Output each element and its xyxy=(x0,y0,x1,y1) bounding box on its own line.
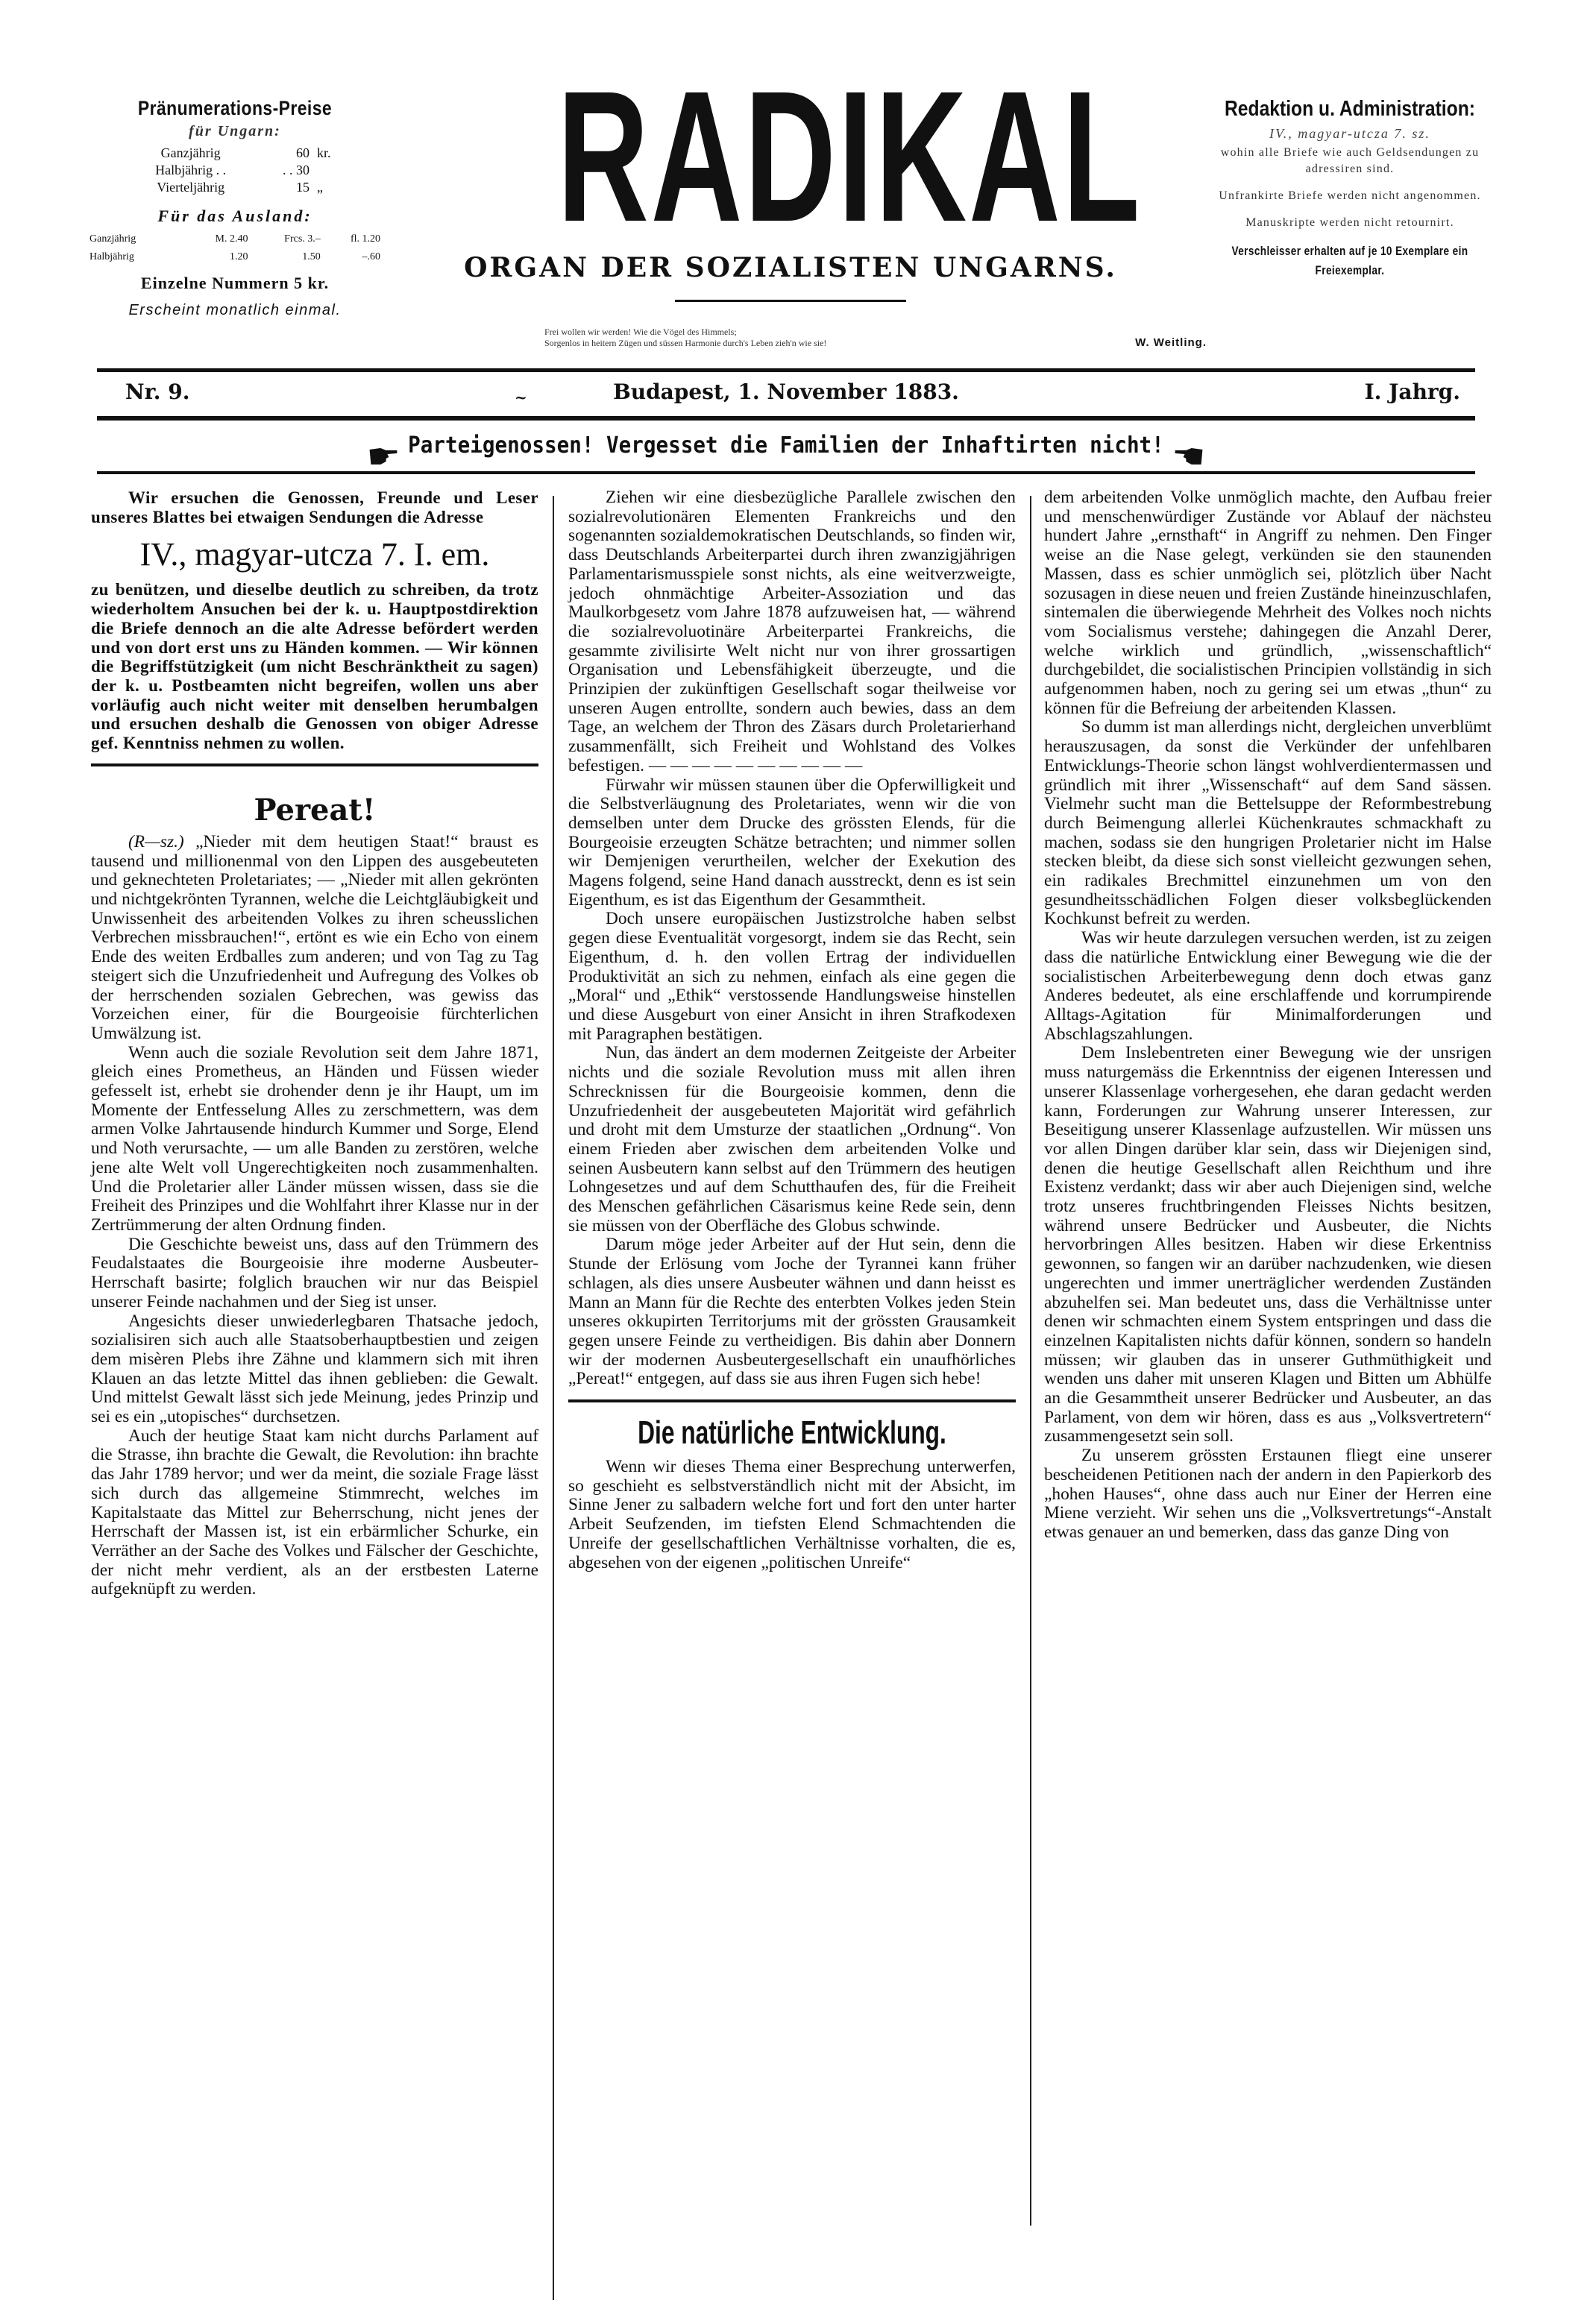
column-2: Ziehen wir eine diesbezügliche Parallele… xyxy=(568,488,1016,1572)
issue-line: Nr. 9. ~ Budapest, 1. November 1883. I. … xyxy=(97,377,1475,414)
price-value: . . 30 xyxy=(258,162,310,179)
article-paragraph: Fürwahr wir müssen staunen über die Opfe… xyxy=(568,776,1016,910)
column-divider xyxy=(553,496,554,2300)
article-author: (R—sz.) xyxy=(128,832,184,851)
article-paragraph: Doch unsere europäischen Justizstrolche … xyxy=(568,910,1016,1044)
title-divider xyxy=(675,300,906,302)
article-paragraph: Darum möge jeder Arbeiter auf der Hut se… xyxy=(568,1235,1016,1389)
price-row: Ganzjährig 60 kr. xyxy=(123,145,347,162)
abroad-label: Für das Ausland: xyxy=(89,207,380,226)
price-unit: „ xyxy=(310,179,347,196)
motto-author: W. Weitling. xyxy=(1135,337,1207,348)
newspaper-title: RADIKAL xyxy=(557,75,1024,239)
price-period: Ganzjährig xyxy=(123,145,258,162)
article-paragraph: Wenn auch die soziale Revolution seit de… xyxy=(91,1044,538,1235)
price-row: Halbjährig 1.20 1.50 –.60 xyxy=(89,248,380,266)
motto-quote: Frei wollen wir werden! Wie die Vögel de… xyxy=(544,327,1216,349)
price-row: Vierteljährig 15 „ xyxy=(123,179,347,196)
column-divider xyxy=(1030,496,1031,2226)
article-paragraph: Die Geschichte beweist uns, dass auf den… xyxy=(91,1235,538,1312)
motto-line: Frei wollen wir werden! Wie die Vögel de… xyxy=(544,327,1216,338)
horizontal-rule xyxy=(97,471,1475,474)
subscription-prices-box: Pränumerations-Preise für Ungarn: Ganzjä… xyxy=(89,97,380,319)
editorial-note: Manuskripte werden nicht retournirt. xyxy=(1193,215,1506,231)
publication-frequency: Erscheint monatlich einmal. xyxy=(89,302,380,319)
issue-dateline: Budapest, 1. November 1883. xyxy=(97,380,1475,404)
editorial-office-box: Redaktion u. Administration: IV., magyar… xyxy=(1193,97,1506,280)
horizontal-rule xyxy=(97,416,1475,421)
section-divider xyxy=(568,1399,1016,1402)
price-mark: M. 2.40 xyxy=(183,230,248,248)
notice-intro: Wir ersuchen die Genossen, Freunde und L… xyxy=(91,488,538,526)
article-paragraph: Nun, das ändert an dem modernen Zeitgeis… xyxy=(568,1044,1016,1235)
price-row: Halbjährig . . . . 30 xyxy=(123,162,347,179)
horizontal-rule xyxy=(97,368,1475,372)
price-period: Ganzjährig xyxy=(89,230,183,248)
price-francs: 1.50 xyxy=(248,248,320,266)
editorial-note: wohin alle Briefe wie auch Geldsendungen… xyxy=(1193,145,1506,177)
price-unit xyxy=(310,162,347,179)
article-paragraph: Wenn wir dieses Thema einer Besprechung … xyxy=(568,1458,1016,1572)
section-divider xyxy=(91,763,538,766)
paragraph-text: „Nieder mit dem heutigen Staat!“ braust … xyxy=(91,832,538,1043)
notice-address: IV., magyar-utcza 7. I. em. xyxy=(91,534,538,576)
appeal-banner: Parteigenossen! Vergesset die Familien d… xyxy=(152,423,1420,468)
price-mark: 1.20 xyxy=(183,248,248,266)
column-1: Wir ersuchen die Genossen, Freunde und L… xyxy=(91,488,538,1599)
masthead: Pränumerations-Preise für Ungarn: Ganzjä… xyxy=(0,0,1593,358)
price-unit: kr. xyxy=(310,145,347,162)
editorial-heading: Redaktion u. Administration: xyxy=(1217,97,1483,122)
price-period: Vierteljährig xyxy=(123,179,258,196)
abroad-price-table: Ganzjährig M. 2.40 Frcs. 3.– fl. 1.20 Ha… xyxy=(89,230,380,266)
editorial-address: IV., magyar-utcza 7. sz. xyxy=(1193,126,1506,142)
article-paragraph: Auch der heutige Staat kam nicht durchs … xyxy=(91,1427,538,1599)
pointing-hand-right-icon xyxy=(368,437,398,456)
domestic-price-table: Ganzjährig 60 kr. Halbjährig . . . . 30 … xyxy=(123,145,347,196)
banner-text: Parteigenossen! Vergesset die Familien d… xyxy=(408,432,1164,459)
article-title-pereat: Pereat! xyxy=(91,791,538,830)
reseller-note: Verschleisser erhalten auf je 10 Exempla… xyxy=(1225,242,1475,280)
article-paragraph: So dumm ist man allerdings nicht, dergle… xyxy=(1044,718,1492,929)
article-paragraph: Was wir heute darzulegen versuchen werde… xyxy=(1044,929,1492,1044)
address-notice: Wir ersuchen die Genossen, Freunde und L… xyxy=(91,488,538,753)
article-paragraph: (R—sz.) „Nieder mit dem heutigen Staat!“… xyxy=(91,833,538,1044)
price-row: Ganzjährig M. 2.40 Frcs. 3.– fl. 1.20 xyxy=(89,230,380,248)
article-paragraph: Dem Inslebentreten einer Bewegung wie de… xyxy=(1044,1044,1492,1446)
prices-heading: Pränumerations-Preise xyxy=(111,97,359,120)
editorial-note: Unfrankirte Briefe werden nicht angenomm… xyxy=(1193,188,1506,204)
domestic-label: für Ungarn: xyxy=(89,123,380,140)
price-value: 15 xyxy=(258,179,310,196)
price-value: 60 xyxy=(258,145,310,162)
article-paragraph: Ziehen wir eine diesbezügliche Parallele… xyxy=(568,488,1016,776)
notice-body: zu benützen, und dieselbe deutlich zu sc… xyxy=(91,580,538,752)
price-florin: fl. 1.20 xyxy=(321,230,380,248)
price-florin: –.60 xyxy=(321,248,380,266)
article-paragraph: dem arbeitenden Volke unmöglich machte, … xyxy=(1044,488,1492,718)
single-issue-price: Einzelne Nummern 5 kr. xyxy=(89,274,380,293)
issue-volume: I. Jahrg. xyxy=(1365,380,1460,404)
motto-line: Sorgenlos in heitern Zügen und süssen Ha… xyxy=(544,338,1216,349)
pointing-hand-left-icon xyxy=(1174,437,1204,456)
article-paragraph: Zu unserem grössten Erstaunen fliegt ein… xyxy=(1044,1446,1492,1543)
column-3: dem arbeitenden Volke unmöglich machte, … xyxy=(1044,488,1492,1543)
price-period: Halbjährig . . xyxy=(123,162,258,179)
newspaper-title-block: RADIKAL ORGAN DER SOZIALISTEN UNGARNS. xyxy=(447,75,1134,302)
article-paragraph: Angesichts dieser unwiederlegbaren Thats… xyxy=(91,1312,538,1427)
article-title-entwicklung: Die natürliche Entwicklung. xyxy=(631,1411,953,1455)
price-francs: Frcs. 3.– xyxy=(248,230,320,248)
price-period: Halbjährig xyxy=(89,248,183,266)
